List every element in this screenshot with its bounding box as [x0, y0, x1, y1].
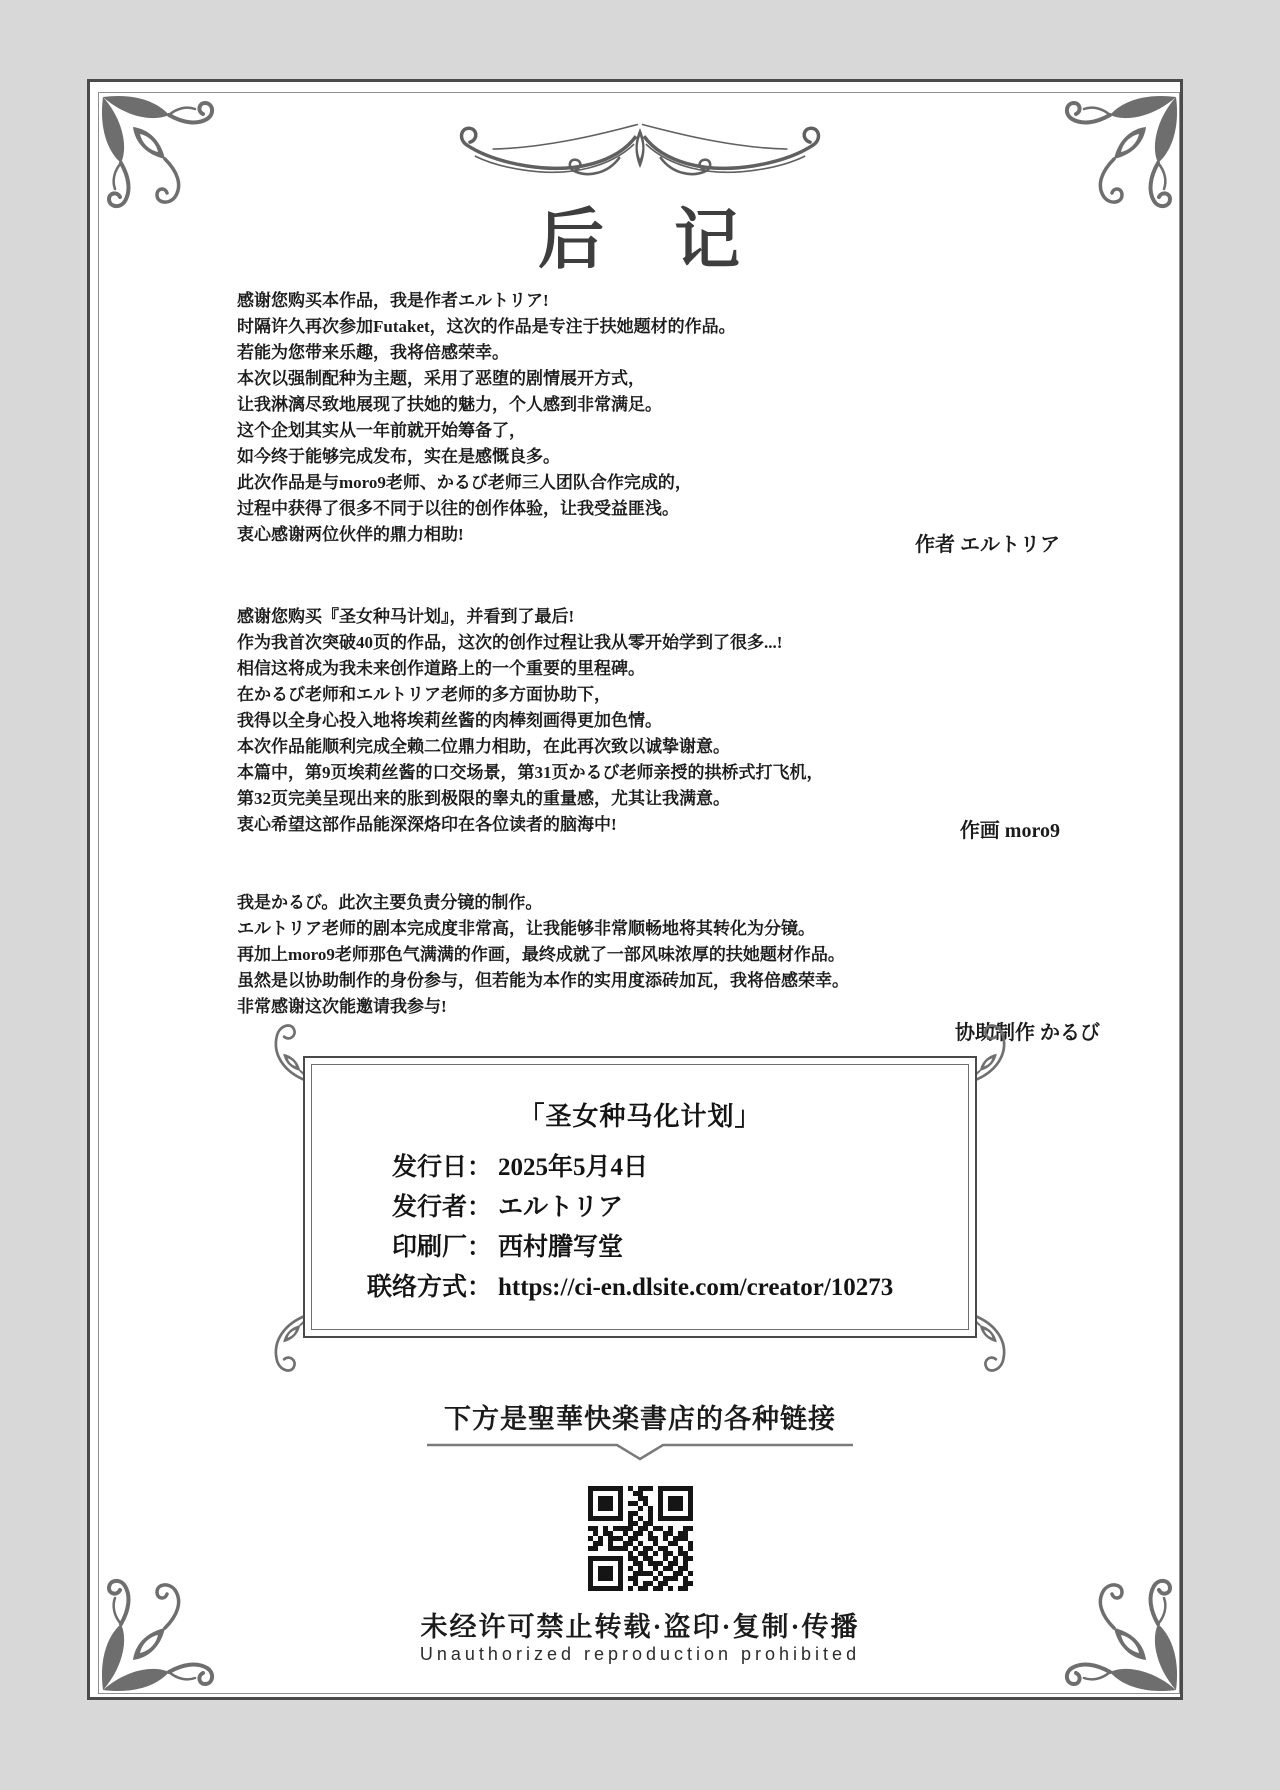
text-line: 本篇中，第9页埃莉丝酱的口交场景，第31页かるび老师亲授的拱桥式打飞机，: [237, 760, 824, 786]
afterword-assistant-block: 我是かるび。此次主要负责分镜的制作。 エルトリア老师的剧本完成度非常高，让我能够…: [237, 890, 849, 1020]
text-line: 衷心感谢两位伙伴的鼎力相助!: [237, 522, 736, 548]
colophon-contact-url: https://ci-en.dlsite.com/creator/10273: [498, 1274, 893, 1302]
colophon-box: 「圣女种马化计划」 发行日： 2025年5月4日 发行者： エルトリア 印刷厂：…: [303, 1056, 977, 1338]
text-line: 相信这将成为我未来创作道路上的一个重要的里程碑。: [237, 656, 824, 682]
colophon-label: 发行者：: [357, 1194, 492, 1222]
text-line: 此次作品是与moro9老师、かるび老师三人团队合作完成的，: [237, 470, 736, 496]
qr-code: [588, 1486, 693, 1591]
colophon-label: 联络方式：: [357, 1274, 492, 1302]
text-line: エルトリア老师的剧本完成度非常高，让我能够非常顺畅地将其转化为分镜。: [237, 916, 849, 942]
colophon-value: 西村謄写堂: [498, 1234, 623, 1262]
header-scroll-ornament-icon: [457, 120, 823, 190]
text-line: 第32页完美呈现出来的胀到极限的睾丸的重量感，尤其让我满意。: [237, 786, 824, 812]
text-line: 我是かるび。此次主要负责分镜的制作。: [237, 890, 849, 916]
text-line: 衷心希望这部作品能深深烙印在各位读者的脑海中!: [237, 812, 824, 838]
text-line: 感谢您购买本作品，我是作者エルトリア!: [237, 288, 736, 314]
text-line: 我得以全身心投入地将埃莉丝酱的肉棒刻画得更加色情。: [237, 708, 824, 734]
footer-warning-zh: 未经许可禁止转载·盗印·复制·传播: [0, 1605, 1280, 1644]
text-line: 在かるび老师和エルトリア老师的多方面协助下，: [237, 682, 824, 708]
text-line: 如今终于能够完成发布，实在是感慨良多。: [237, 444, 736, 470]
footer-warning-en: Unauthorized reproduction prohibited: [0, 1644, 1280, 1665]
text-line: 时隔许久再次参加Futaket，这次的作品是专注于扶她题材的作品。: [237, 314, 736, 340]
colophon-label: 发行日：: [357, 1154, 492, 1182]
text-line: 再加上moro9老师那色气满满的作画，最终成就了一部风味浓厚的扶她题材作品。: [237, 942, 849, 968]
text-line: 过程中获得了很多不同于以往的创作体验，让我受益匪浅。: [237, 496, 736, 522]
colophon-value: 2025年5月4日: [498, 1154, 648, 1182]
colophon-title: 「圣女种马化计划」: [305, 1096, 975, 1133]
colophon-row-publisher: 发行者： エルトリア: [357, 1194, 893, 1222]
text-line: 非常感谢这次能邀请我参与!: [237, 994, 849, 1020]
down-arrow-divider-icon: [425, 1441, 855, 1463]
text-line: 这个企划其实从一年前就开始筹备了，: [237, 418, 736, 444]
colophon-value: エルトリア: [498, 1194, 623, 1222]
signature-assistant: 协助制作 かるび: [800, 1016, 1100, 1045]
signature-artist: 作画 moro9: [760, 814, 1060, 843]
text-line: 虽然是以协助制作的身份参与，但若能为本作的实用度添砖加瓦，我将倍感荣幸。: [237, 968, 849, 994]
afterword-artist-block: 感谢您购买『圣女种马计划』，并看到了最后! 作为我首次突破40页的作品，这次的创…: [237, 604, 824, 838]
text-line: 若能为您带来乐趣，我将倍感荣幸。: [237, 340, 736, 366]
colophon-row-printer: 印刷厂： 西村謄写堂: [357, 1234, 893, 1262]
text-line: 作为我首次突破40页的作品，这次的创作过程让我从零开始学到了很多...!: [237, 630, 824, 656]
text-line: 感谢您购买『圣女种马计划』，并看到了最后!: [237, 604, 824, 630]
links-note: 下方是聖華快楽書店的各种链接: [0, 1397, 1280, 1436]
text-line: 让我淋漓尽致地展现了扶她的魅力，个人感到非常满足。: [237, 392, 736, 418]
colophon-label: 印刷厂：: [357, 1234, 492, 1262]
afterword-author-block: 感谢您购买本作品，我是作者エルトリア! 时隔许久再次参加Futaket，这次的作…: [237, 288, 736, 548]
signature-author: 作者 エルトリア: [760, 528, 1060, 557]
colophon-row-contact: 联络方式： https://ci-en.dlsite.com/creator/1…: [357, 1274, 893, 1302]
colophon-row-release-date: 发行日： 2025年5月4日: [357, 1154, 893, 1182]
text-line: 本次以强制配种为主题，采用了恶堕的剧情展开方式，: [237, 366, 736, 392]
colophon-rows: 发行日： 2025年5月4日 发行者： エルトリア 印刷厂： 西村謄写堂 联络方…: [357, 1154, 893, 1302]
text-line: 本次作品能顺利完成全赖二位鼎力相助，在此再次致以诚挚谢意。: [237, 734, 824, 760]
page-title: 后 记: [0, 186, 1280, 281]
